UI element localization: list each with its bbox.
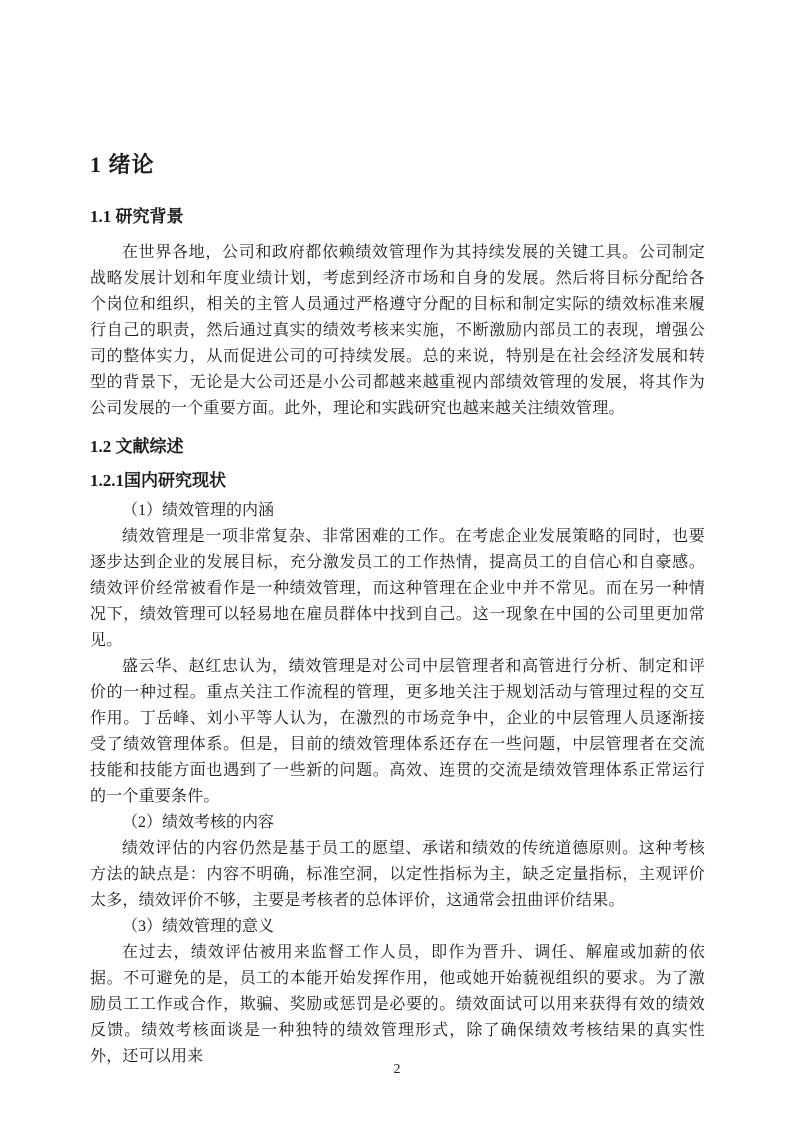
- list-item-2-appraisal-content: （2）绩效考核的内容: [90, 810, 705, 836]
- chapter-heading: 1 绪论: [90, 152, 705, 178]
- paragraph-appraisal-content: 绩效评估的内容仍然是基于员工的愿望、承诺和绩效的传统道德原则。这种考核方法的缺点…: [90, 836, 705, 914]
- paragraph-research-background: 在世界各地，公司和政府都依赖绩效管理作为其持续发展的关键工具。公司制定战略发展计…: [90, 240, 705, 422]
- paragraph-connotation-1: 绩效管理是一项非常复杂、非常困难的工作。在考虑企业发展策略的同时，也要逐步达到企…: [90, 524, 705, 654]
- list-item-3-management-significance: （3）绩效管理的意义: [90, 914, 705, 940]
- list-item-1-performance-management-connotation: （1）绩效管理的内涵: [90, 498, 705, 524]
- section-heading-1-2: 1.2 文献综述: [90, 436, 705, 458]
- page-number: 2: [0, 1062, 794, 1078]
- paragraph-connotation-2: 盛云华、赵红忠认为，绩效管理是对公司中层管理者和高管进行分析、制定和评价的一种过…: [90, 654, 705, 810]
- subsection-heading-1-2-1: 1.2.1国内研究现状: [90, 470, 705, 492]
- paragraph-management-significance: 在过去，绩效评估被用来监督工作人员，即作为晋升、调任、解雇或加薪的依据。不可避免…: [90, 940, 705, 1070]
- section-heading-1-1: 1.1 研究背景: [90, 206, 705, 228]
- document-page: 1 绪论 1.1 研究背景 在世界各地，公司和政府都依赖绩效管理作为其持续发展的…: [0, 0, 794, 1122]
